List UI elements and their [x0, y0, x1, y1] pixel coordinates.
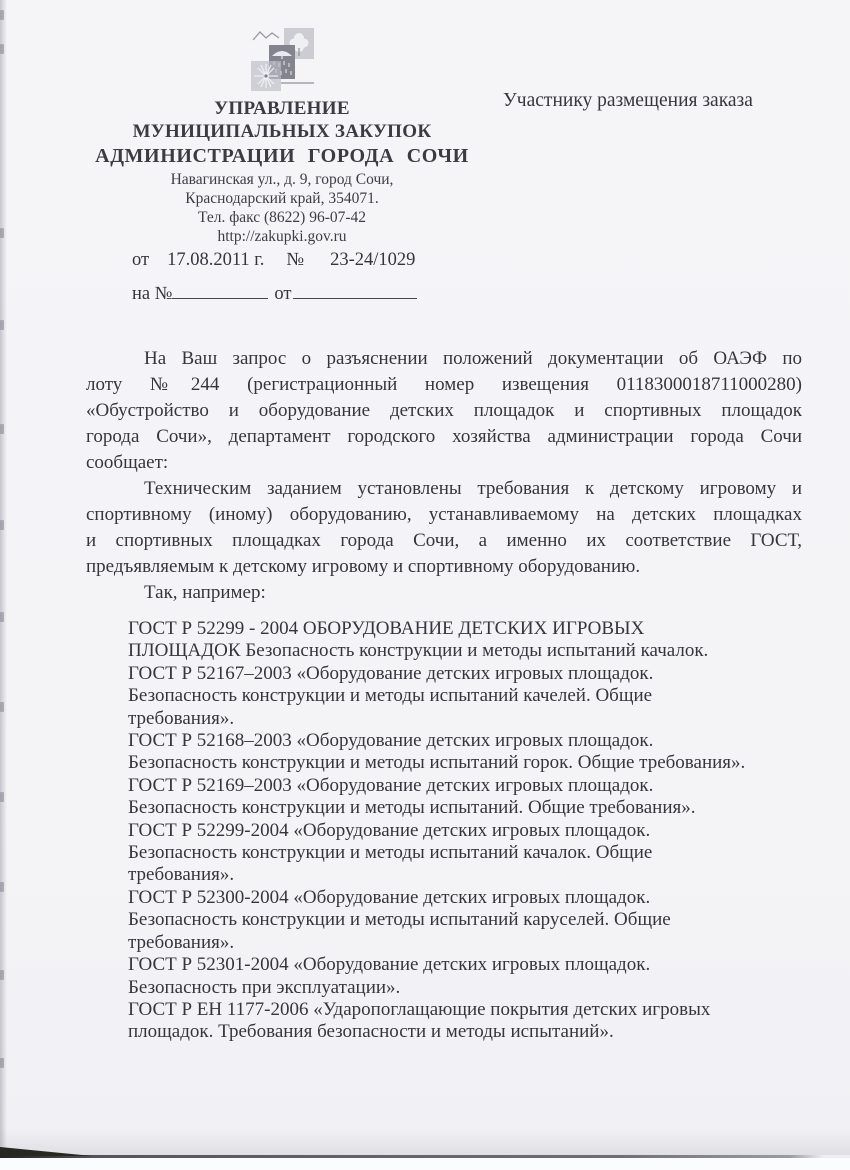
scan-speck: [0, 612, 4, 622]
body-line: и спортивных площадках города Сочи, а им…: [86, 528, 802, 554]
scan-speck: [0, 424, 4, 434]
scan-speck: [0, 970, 4, 980]
reply-number-blank: [172, 283, 268, 299]
gost-item: ГОСТ Р 52301-2004 «Оборудование детских …: [128, 954, 802, 999]
scan-speck: [0, 320, 4, 330]
scan-page-bottom-edge: [0, 1155, 823, 1158]
body-line: спортивному (иному) оборудованию, устана…: [86, 502, 802, 528]
reply-reference-line: на №от: [132, 283, 417, 305]
org-name-line-3: АДМИНИСТРАЦИИ ГОРОДА СОЧИ: [82, 143, 482, 169]
scan-speck: [0, 44, 4, 54]
ref-number: 23-24/1029: [330, 250, 415, 270]
body-line: «Обустройство и оборудование детских пло…: [86, 398, 802, 424]
scan-speck: [0, 10, 4, 20]
org-address-street: Навагинская ул., д. 9, город Сочи,: [82, 170, 482, 189]
gost-item: ГОСТ Р 52168–2003 «Оборудование детских …: [128, 730, 802, 775]
reply-from-label: от: [274, 284, 291, 304]
scan-speck: [0, 1058, 4, 1068]
org-name-line-2: МУНИЦИПАЛЬНЫХ ЗАКУПОК: [82, 120, 482, 143]
scan-speck: [0, 792, 4, 802]
gost-item: ГОСТ Р 52167–2003 «Оборудование детских …: [128, 663, 802, 730]
org-phone: Тел. факс (8622) 96-07-42: [82, 208, 482, 227]
ref-number-sign: №: [286, 250, 304, 270]
letterhead: УПРАВЛЕНИЕ МУНИЦИПАЛЬНЫХ ЗАКУПОК АДМИНИС…: [82, 97, 482, 246]
outgoing-reference-line: от17.08.2011 г.№23-24/1029: [132, 250, 415, 271]
scan-speck: [0, 882, 4, 892]
scan-speck: [0, 520, 4, 530]
paragraph-1: На Ваш запрос о разъяснении положений до…: [86, 346, 802, 476]
ref-date: 17.08.2011 г.: [167, 250, 264, 270]
sochi-administration-emblem-icon: [250, 26, 332, 94]
scan-bottom-shadow: [0, 1128, 850, 1155]
body-line: предъявляемым к детскому игровому и спор…: [86, 554, 802, 580]
paragraph-2: Техническим заданием установлены требова…: [86, 476, 802, 580]
org-address-block: Навагинская ул., д. 9, город Сочи, Красн…: [82, 170, 482, 246]
gost-item: ГОСТ Р ЕН 1177-2006 «Ударопоглащающие по…: [128, 999, 802, 1044]
body-line: Техническим заданием установлены требова…: [86, 476, 802, 502]
ref-from-label: от: [132, 250, 149, 270]
org-name-line-1: УПРАВЛЕНИЕ: [82, 97, 482, 120]
scan-speck: [0, 228, 4, 238]
gost-standards-list: ГОСТ Р 52299 - 2004 ОБОРУДОВАНИЕ ДЕТСКИХ…: [86, 618, 802, 1044]
org-address-region: Краснодарский край, 354071.: [82, 189, 482, 208]
letter-body: На Ваш запрос о разъяснении положений до…: [86, 346, 802, 1044]
body-line: города Сочи», департамент городского хоз…: [86, 424, 802, 450]
gost-item: ГОСТ Р 52299 - 2004 ОБОРУДОВАНИЕ ДЕТСКИХ…: [128, 618, 802, 663]
body-line: лоту №244 (регистрационный номер извещен…: [86, 372, 802, 398]
example-intro-line: Так, например:: [86, 580, 802, 606]
body-line: сообщает:: [86, 450, 802, 476]
gost-item: ГОСТ Р 52169–2003 «Оборудование детских …: [128, 775, 802, 820]
org-website: http://zakupki.gov.ru: [82, 227, 482, 246]
scanned-letter-page: УПРАВЛЕНИЕ МУНИЦИПАЛЬНЫХ ЗАКУПОК АДМИНИС…: [0, 0, 850, 1170]
scan-left-edge-shadow: [0, 0, 7, 1170]
recipient-line: Участнику размещения заказа: [503, 90, 753, 112]
scan-speck: [0, 702, 4, 712]
scan-below-page-strip: [0, 1158, 850, 1170]
reply-date-blank: [293, 283, 417, 299]
gost-item: ГОСТ Р 52299-2004 «Оборудование детских …: [128, 820, 802, 887]
reply-to-label: на №: [132, 284, 172, 304]
body-line: На Ваш запрос о разъяснении положений до…: [86, 346, 802, 372]
gost-item: ГОСТ Р 52300-2004 «Оборудование детских …: [128, 887, 802, 954]
